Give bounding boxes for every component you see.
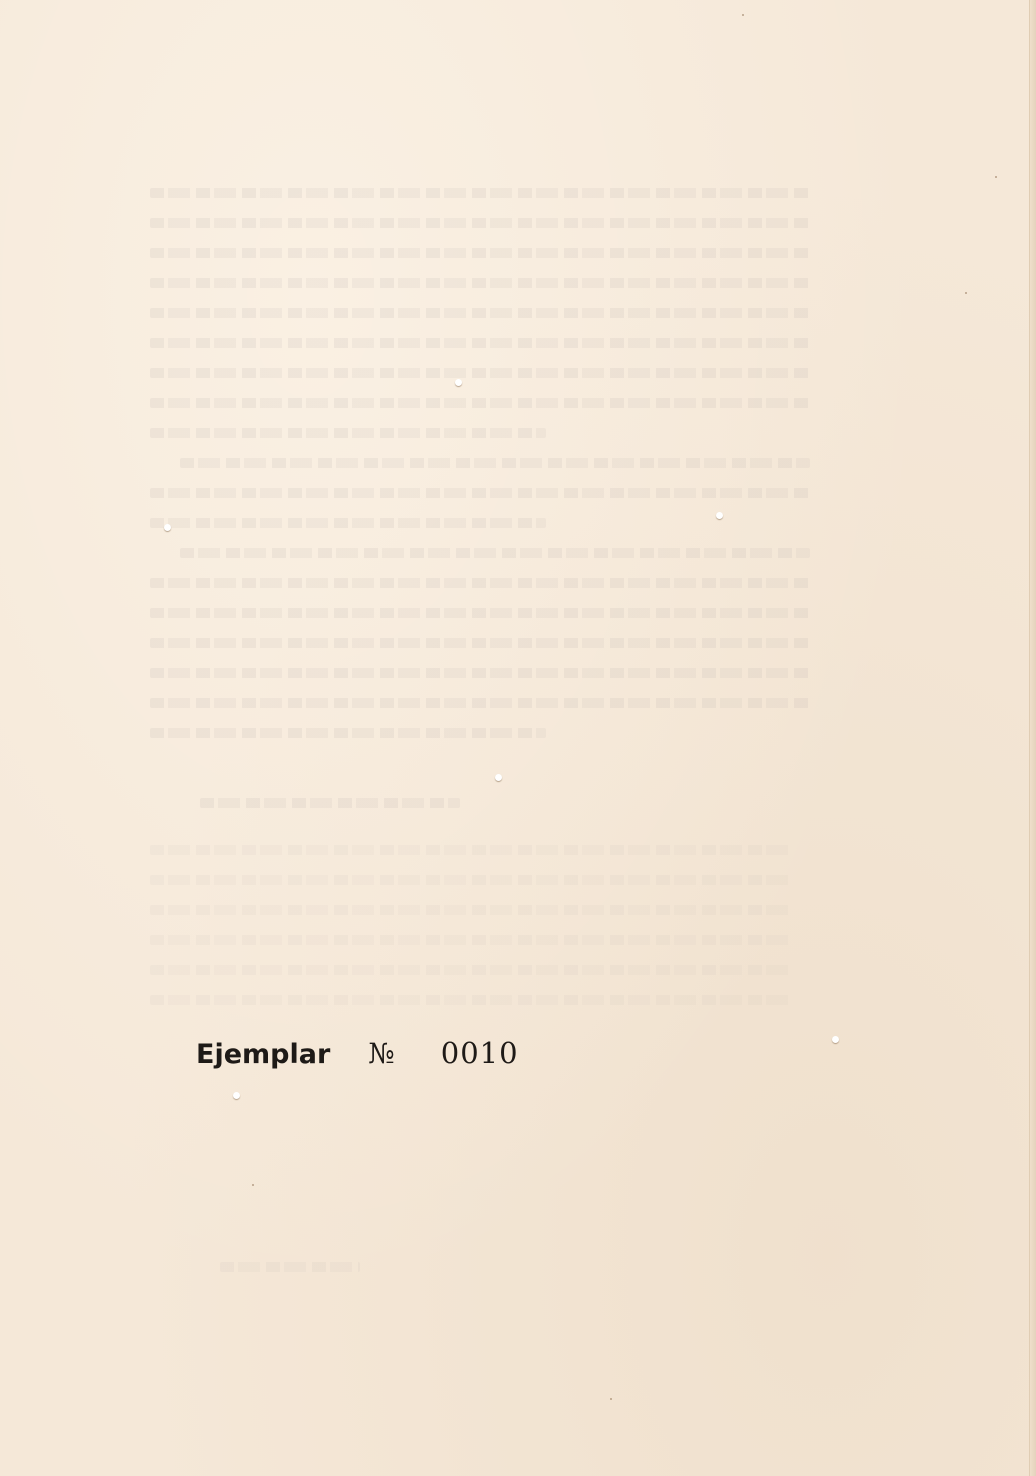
paper-hole (495, 774, 502, 781)
paper-hole (455, 379, 462, 386)
show-through-text-block-2 (150, 845, 790, 1025)
paper-hole (164, 524, 171, 531)
paper-hole (716, 512, 723, 519)
paper-hole (832, 1036, 839, 1043)
copy-number: 0010 (441, 1036, 519, 1070)
paper-hole (233, 1092, 240, 1099)
show-through-footer (220, 1262, 360, 1292)
copy-label: Ejemplar (196, 1039, 330, 1070)
number-sign: № (368, 1037, 395, 1070)
show-through-text-block-1 (150, 188, 810, 758)
show-through-heading (200, 798, 460, 828)
paper-page: Ejemplar № 0010 (0, 0, 1036, 1476)
copy-number-line: Ejemplar № 0010 (196, 1036, 519, 1070)
page-edge (1029, 0, 1036, 1476)
